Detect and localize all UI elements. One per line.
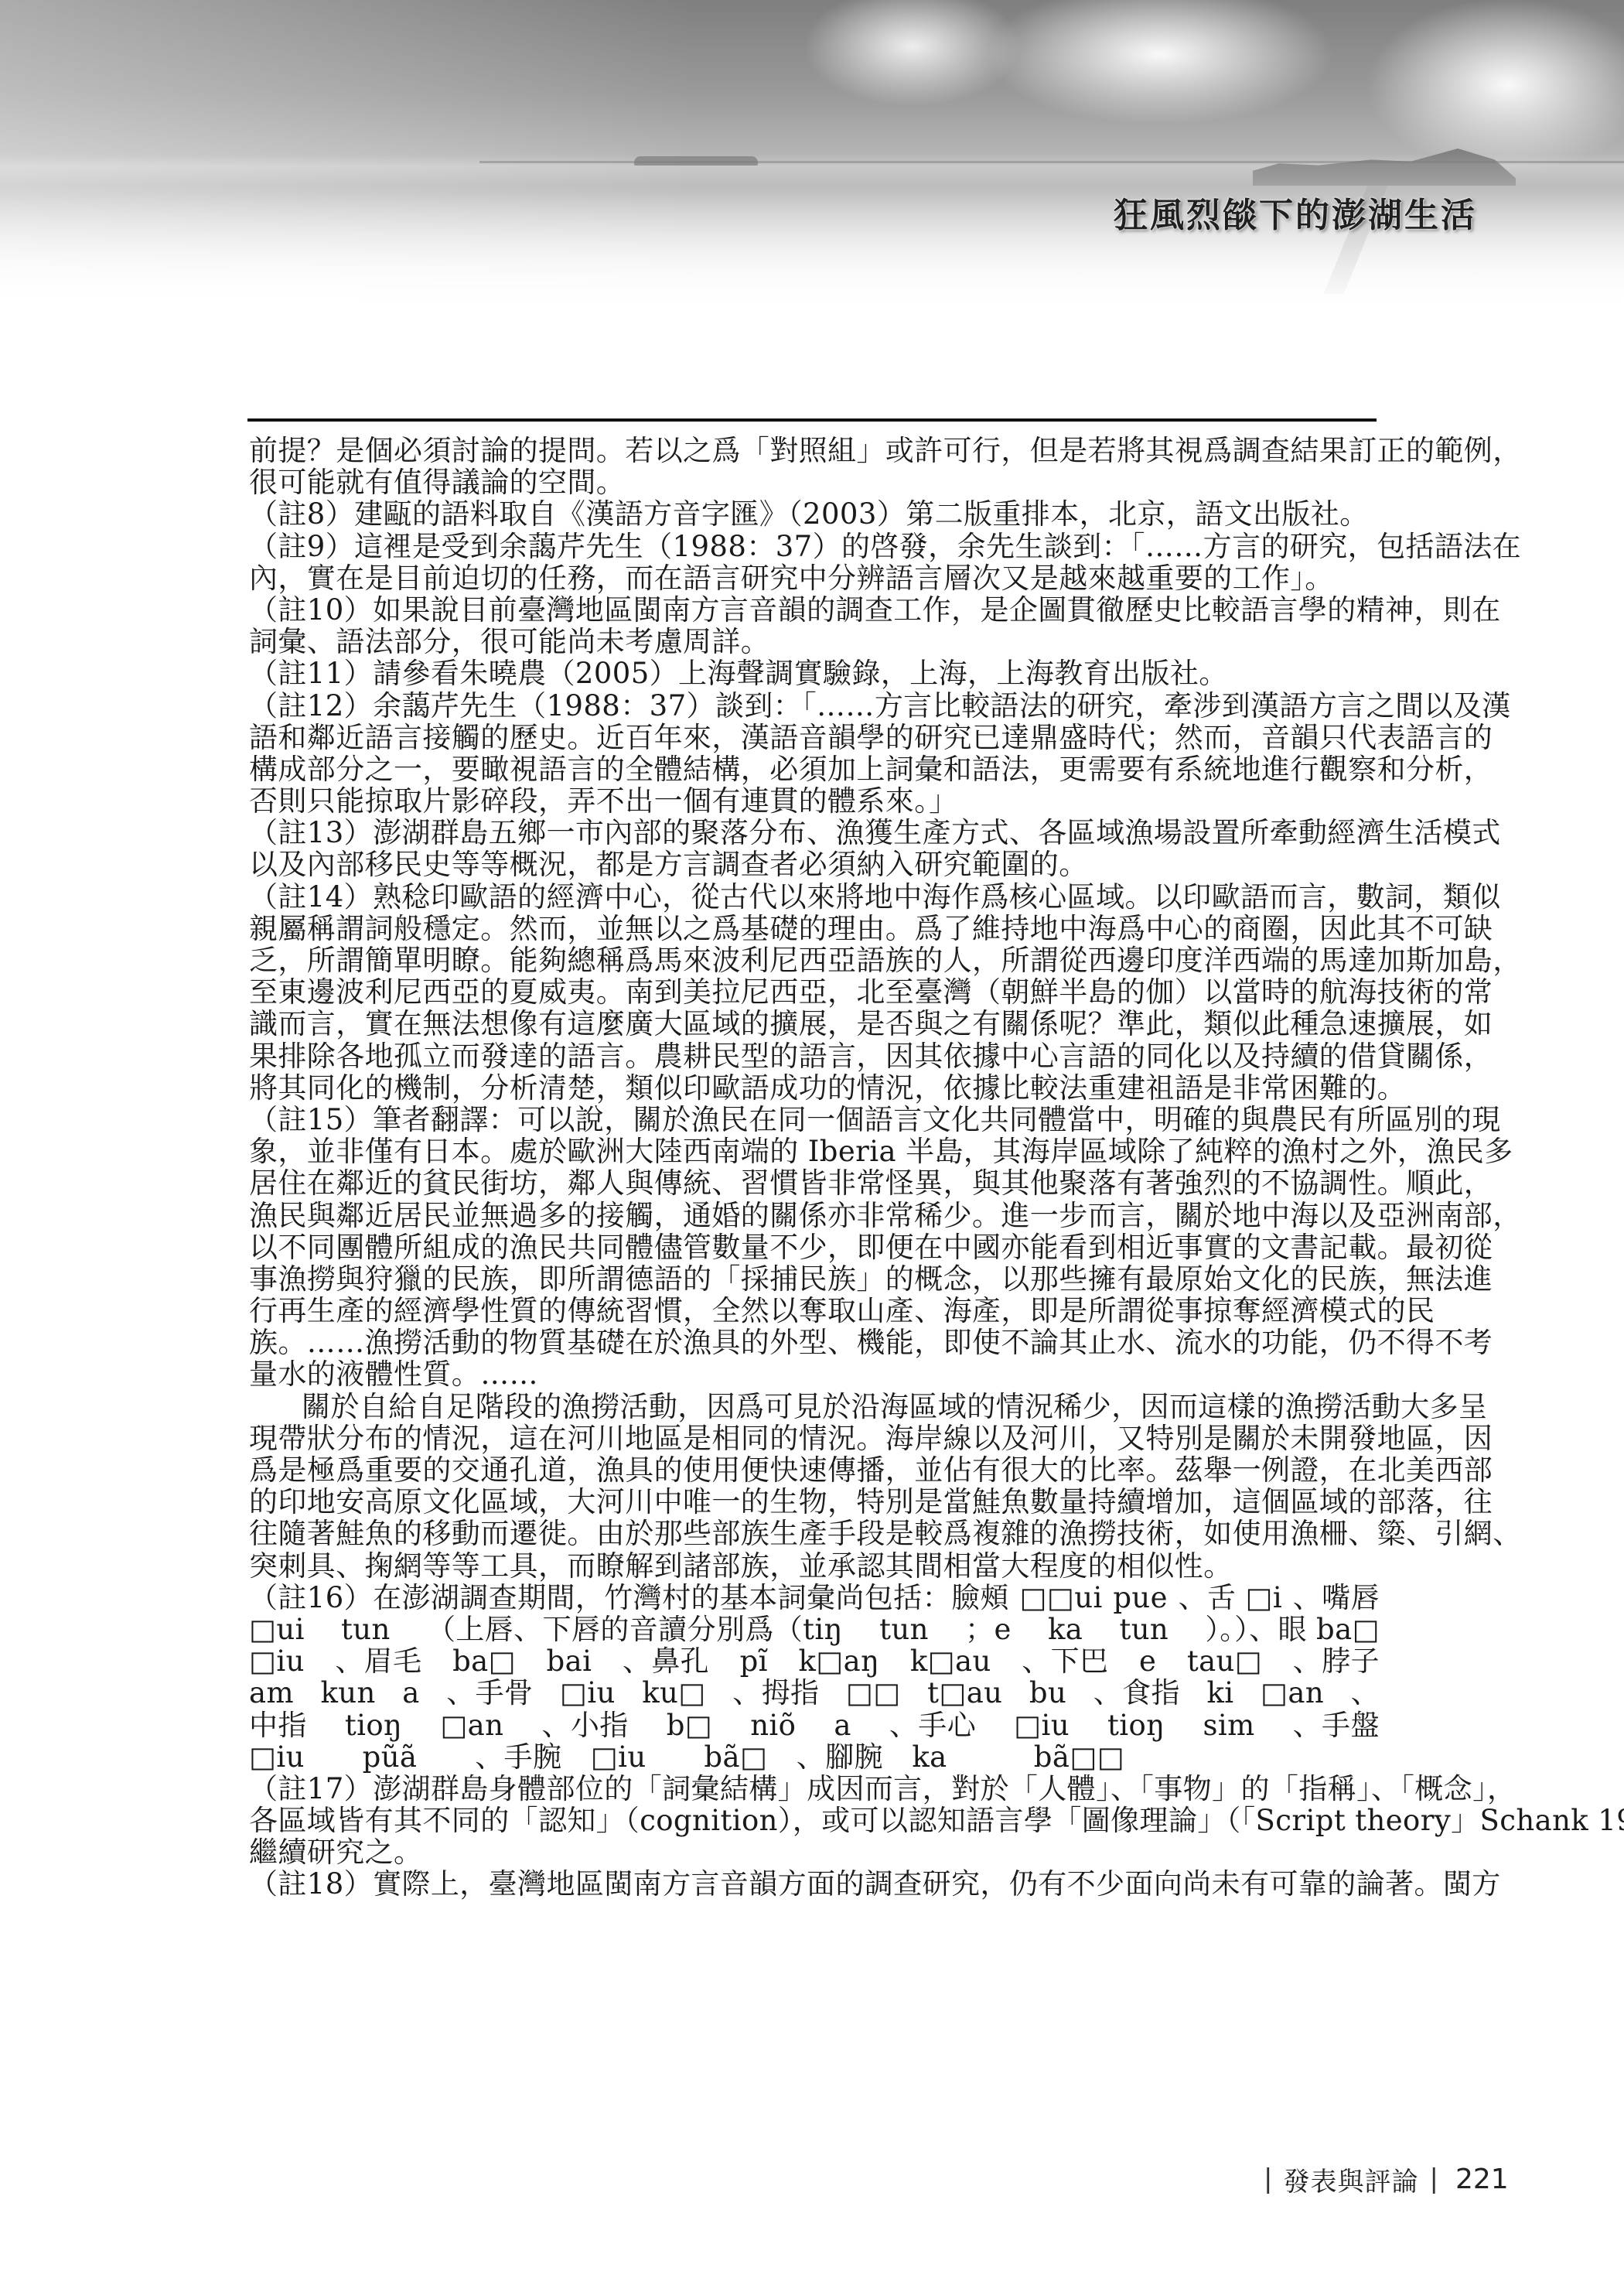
text-line: 族。……漁撈活動的物質基礎在於漁具的外型、機能，即使不論其止水、流水的功能，仍不… (249, 1327, 1380, 1358)
phonetic-token: 、食指 (1093, 1677, 1180, 1709)
phonetic-token: 、手盤 (1293, 1709, 1380, 1741)
text-line: 突刺具、掬網等等工具，而瞭解到諸部族，並承認其間相當大程度的相似性。 (249, 1550, 1380, 1582)
text-line: （註15）筆者翻譯：可以說，關於漁民在同一個語言文化共同體當中，明確的與農民有所… (249, 1104, 1380, 1136)
footer-section-label: 發表與評論 (1283, 2160, 1418, 2198)
phonetic-token: bu (1029, 1677, 1066, 1709)
phonetic-token: tioŋ (345, 1709, 402, 1741)
text-line: 至東邊波利尼西亞的夏威夷。南到美拉尼西亞，北至臺灣（朝鮮半島的伽）以當時的航海技… (249, 976, 1380, 1008)
phonetic-token: e (1139, 1645, 1156, 1677)
text-line: （註12）余藹芹先生（1988：37）談到：「……方言比較語法的研究，牽涉到漢語… (249, 690, 1380, 722)
text-line: （註9）這裡是受到余藹芹先生（1988：37）的啓發，余先生談到：「……方言的研… (249, 531, 1380, 562)
text-line: 現帶狀分布的情況，這在河川地區是相同的情況。海岸線以及河川，又特別是關於未開發地… (249, 1422, 1380, 1454)
footnotes-body: 前提？是個必須討論的提問。若以之爲「對照組」或許可行，但是若將其視爲調查結果訂正… (249, 435, 1380, 1901)
phonetic-token: am (249, 1677, 294, 1709)
phonetic-token: ba□ (452, 1645, 516, 1677)
rocky-islet (1253, 149, 1516, 186)
text-line: （註11）請參看朱曉農（2005）上海聲調實驗錄，上海，上海教育出版社。 (249, 657, 1380, 689)
phonetic-token: 、手骨 (446, 1677, 533, 1709)
phonetic-token: 、手心 (889, 1709, 976, 1741)
phonetic-line: amkuna、手骨□iuku□、拇指□□t□aubu、食指ki□an、 (249, 1677, 1380, 1709)
text-line: 爲是極爲重要的交通孔道，漁具的使用便快速傳播，並佔有很大的比率。茲舉一例證，在北… (249, 1454, 1380, 1486)
text-line: 象，並非僅有日本。處於歐洲大陸西南端的 Iberia 半島，其海岸區域除了純粹的… (249, 1136, 1380, 1167)
body-lines: 前提？是個必須討論的提問。若以之爲「對照組」或許可行，但是若將其視爲調查結果訂正… (249, 435, 1380, 1582)
phonetic-token: 、拇指 (732, 1677, 819, 1709)
phonetic-token: □iu (1014, 1709, 1070, 1741)
phonetic-token: ka (1048, 1614, 1083, 1645)
phonetic-token: □an (1261, 1677, 1324, 1709)
text-line: 以及內部移民史等等概況，都是方言調查者必須納入研究範圍的。 (249, 849, 1380, 880)
phonetic-vocabulary-lines: （註16）在澎湖調查期間，竹灣村的基本詞彙尚包括：臉頰□□uipue、舌 □i、… (249, 1582, 1380, 1741)
phonetic-token: pue (1113, 1582, 1168, 1614)
page-number: 221 (1455, 2164, 1509, 2195)
phonetic-token: 、嘴唇 (1293, 1582, 1380, 1614)
text-line: 量水的液體性質。…… (249, 1358, 1380, 1390)
phonetic-token: □□ui (1020, 1582, 1103, 1614)
phonetic-token: tioŋ (1107, 1709, 1165, 1741)
distant-island (634, 156, 758, 166)
phonetic-token: tun (341, 1614, 391, 1645)
phonetic-token: tau□ (1187, 1645, 1262, 1677)
phonetic-line: （註16）在澎湖調查期間，竹灣村的基本詞彙尚包括：臉頰□□uipue、舌 □i、… (249, 1582, 1380, 1614)
phonetic-line: □uitun（上唇、下唇的音讀分別爲（tiŋtun；ekatun）。）、眼 ba… (249, 1614, 1380, 1645)
phonetic-token: 、舌 □i (1179, 1582, 1283, 1614)
text-line: （註14）熟稔印歐語的經濟中心，從古代以來將地中海作爲核心區域。以印歐語而言，數… (249, 881, 1380, 913)
header-banner-photo (0, 0, 1624, 309)
text-line: 將其同化的機制，分析清楚，類似印歐語成功的情況，依據比較法重建祖語是非常困難的。 (249, 1072, 1380, 1104)
phonetic-token: 、眉毛 (335, 1645, 421, 1677)
phonetic-token: 、小指 (541, 1709, 628, 1741)
text-line: 很可能就有值得議論的空間。 (249, 466, 1380, 498)
text-line: 往隨著鮭魚的移動而遷徙。由於那些部族生產手段是較爲複雜的漁撈技術，如使用漁柵、簗… (249, 1518, 1380, 1549)
phonetic-token: ki (1206, 1677, 1233, 1709)
phonetic-token: ）。）、眼 ba□ (1205, 1614, 1380, 1645)
phonetic-token: □□ (846, 1677, 901, 1709)
phonetic-token: tun (879, 1614, 929, 1645)
phonetic-token: t□au (927, 1677, 1002, 1709)
page-footer: | 發表與評論 | 221 (1253, 2160, 1509, 2198)
text-line: 行再生產的經濟學性質的傳統習慣，全然以奪取山產、海產，即是所謂從事掠奪經濟模式的… (249, 1295, 1380, 1327)
phonetic-line: □iu、眉毛ba□bai、鼻孔pĩk□aŋk□au、下巴etau□、脖子 (249, 1645, 1380, 1677)
text-line: （註10）如果說目前臺灣地區閩南方言音韻的調查工作，是企圖貫徹歷史比較語言學的精… (249, 594, 1380, 626)
phonetic-token: 中指 (249, 1709, 307, 1741)
phonetic-token: pĩ (740, 1645, 768, 1677)
phonetic-token: ku□ (642, 1677, 705, 1709)
text-line: 繼續研究之。 (249, 1836, 1380, 1868)
text-line: 識而言，實在無法想像有這麼廣大區域的擴展，是否與之有關係呢？準此，類似此種急速擴… (249, 1008, 1380, 1040)
phonetic-token: ；e (965, 1614, 1012, 1645)
text-line: 以不同團體所組成的漁民共同體儘管數量不少，即便在中國亦能看到相近事實的文書記載。… (249, 1231, 1380, 1263)
series-title: 狂風烈燄下的澎湖生活 (1114, 187, 1547, 234)
text-line: （註18）實際上，臺灣地區閩南方言音韻方面的調查研究，仍有不少面向尚未有可靠的論… (249, 1868, 1380, 1900)
text-line: 語和鄰近語言接觸的歷史。近百年來，漢語音韻學的研究已達鼎盛時代；然而，音韻只代表… (249, 722, 1380, 753)
text-line: 詞彙、語法部分，很可能尚未考慮周詳。 (249, 626, 1380, 657)
phonetic-token: kun (320, 1677, 375, 1709)
text-line: 內，實在是目前迫切的任務，而在語言研究中分辨語言層次又是越來越重要的工作」。 (249, 562, 1380, 594)
phonetic-token: niõ (750, 1709, 796, 1741)
text-line: 果排除各地孤立而發達的語言。農耕民型的語言，因其依據中心言語的同化以及持續的借貸… (249, 1040, 1380, 1072)
text-line: 構成部分之一，要瞰視語言的全體結構，必須加上詞彙和語法，更需要有系統地進行觀察和… (249, 753, 1380, 785)
phonetic-token: □iu (249, 1645, 305, 1677)
text-line: 乏，所謂簡單明瞭。能夠總稱爲馬來波利尼西亞語族的人，所謂從西邊印度洋西端的馬達加… (249, 944, 1380, 976)
phonetic-token: 、下巴 (1022, 1645, 1108, 1677)
text-line: 居住在鄰近的貧民街坊，鄰人與傳統、習慣皆非常怪異，與其他聚落有著強烈的不協調性。… (249, 1167, 1380, 1199)
phonetic-token: k□au (910, 1645, 991, 1677)
phonetic-last-line: □iu pũã 、手腕 □iu bã□ 、腳腕 ka bã□□ (249, 1741, 1380, 1773)
phonetic-token: a (834, 1709, 851, 1741)
text-line: 漁民與鄰近居民並無過多的接觸，通婚的關係亦非常稀少。進一步而言，關於地中海以及亞… (249, 1200, 1380, 1231)
phonetic-token: 、脖子 (1293, 1645, 1380, 1677)
phonetic-token: □an (440, 1709, 503, 1741)
phonetic-token: a (402, 1677, 419, 1709)
phonetic-token: k□aŋ (798, 1645, 879, 1677)
footer-separator: | (1429, 2164, 1438, 2194)
text-line: 否則只能掠取片影碎段，弄不出一個有連貫的體系來。」 (249, 785, 1380, 817)
phonetic-token: tun (1119, 1614, 1169, 1645)
phonetic-line: 中指tioŋ□an、小指b□niõa、手心□iutioŋsim、手盤 (249, 1709, 1380, 1741)
phonetic-token: 、鼻孔 (623, 1645, 709, 1677)
text-line: 前提？是個必須討論的提問。若以之爲「對照組」或許可行，但是若將其視爲調查結果訂正… (249, 435, 1380, 466)
phonetic-token: □ui (249, 1614, 305, 1645)
phonetic-token: （上唇、下唇的音讀分別爲（tiŋ (427, 1614, 843, 1645)
text-line: （註8）建甌的語料取自《漢語方音字匯》（2003）第二版重排本，北京，語文出版社… (249, 498, 1380, 530)
text-line: 親屬稱謂詞般穩定。然而，並無以之爲基礎的理由。爲了維持地中海爲中心的商圈，因此其… (249, 913, 1380, 944)
text-line: （註17）澎湖群島身體部位的「詞彙結構」成因而言，對於「人體」、「事物」的「指稱… (249, 1773, 1380, 1805)
phonetic-token: （註16）在澎湖調查期間，竹灣村的基本詞彙尚包括：臉頰 (249, 1582, 1009, 1614)
phonetic-token: sim (1203, 1709, 1254, 1741)
phonetic-token: bai (547, 1645, 592, 1677)
text-line: 事漁撈與狩獵的民族，即所謂德語的「採捕民族」的概念，以那些擁有最原始文化的民族，… (249, 1263, 1380, 1295)
text-line: 關於自給自足階段的漁撈活動，因爲可見於沿海區域的情況稀少，因而這樣的漁撈活動大多… (249, 1391, 1380, 1422)
footer-separator: | (1264, 2164, 1272, 2194)
phonetic-token: □iu (560, 1677, 616, 1709)
text-line: 的印地安高原文化區域，大河川中唯一的生物，特別是當鮭魚數量持續增加，這個區域的部… (249, 1486, 1380, 1518)
phonetic-token: b□ (667, 1709, 712, 1741)
header-rule (247, 418, 1377, 422)
phonetic-token: 、 (1351, 1677, 1380, 1709)
text-line: 各區域皆有其不同的「認知」（cognition），或可以認知語言學「圖像理論」（… (249, 1805, 1380, 1836)
tail-lines: （註17）澎湖群島身體部位的「詞彙結構」成因而言，對於「人體」、「事物」的「指稱… (249, 1773, 1380, 1901)
text-line: （註13）澎湖群島五鄉一市內部的聚落分布、漁獲生產方式、各區域漁場設置所牽動經濟… (249, 817, 1380, 849)
